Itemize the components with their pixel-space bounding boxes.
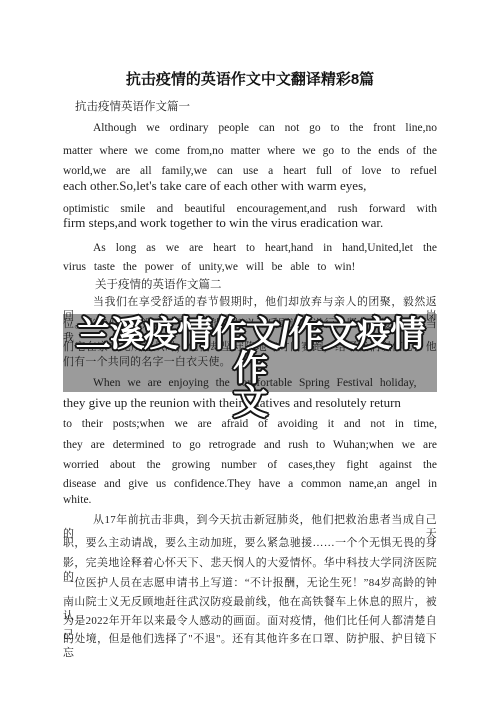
text-line: disease and give us confidence.They have… (63, 477, 437, 491)
text-line: worried about the growing number of case… (63, 458, 437, 472)
text-line: 的处境，但是他们选择了"不退"。还有其他许多在口罩、防护服、护目镜下忘 (63, 633, 437, 660)
text-line: 职，要么主动请战，要么主动加班，要么紧急驰援……一个个无惧无畏的身 (63, 537, 437, 551)
document-page: 抗击疫情的英语作文中文翻译精彩8篇 抗击疫情英语作文篇一 Although we… (0, 0, 500, 707)
text-line: As long as we are heart to heart,hand in… (63, 241, 437, 255)
text-line: Although we ordinary people can not go t… (63, 121, 437, 135)
doc-title: 抗击疫情的英语作文中文翻译精彩8篇 (63, 70, 437, 89)
section-heading-2: 关于疫情的英语作文篇二 (63, 278, 437, 292)
section-heading-1: 抗击疫情英语作文篇一 (63, 100, 437, 114)
text-line: world,we are all family,we can use a hea… (63, 164, 437, 178)
text-line: each other.So,let's take care of each ot… (63, 178, 437, 194)
text-line: they are determined to go retrograde and… (63, 438, 437, 452)
watermark-text: 兰溪疫情作文/作文疫情作 文 (61, 318, 439, 420)
text-line: 一位医护人员在志愿申请书上写道：“不计报酬，无论生死！”84岁高龄的钟 (63, 577, 437, 591)
watermark-line-2: 文 (61, 386, 439, 420)
text-line: firm steps,and work together to win the … (63, 215, 437, 231)
text-line: white. (63, 493, 437, 507)
watermark-line-1: 兰溪疫情作文/作文疫情作 (61, 318, 439, 386)
text-line: virus taste the power of unity,we will b… (63, 260, 437, 274)
text-line: matter where we come from,no matter wher… (63, 144, 437, 158)
